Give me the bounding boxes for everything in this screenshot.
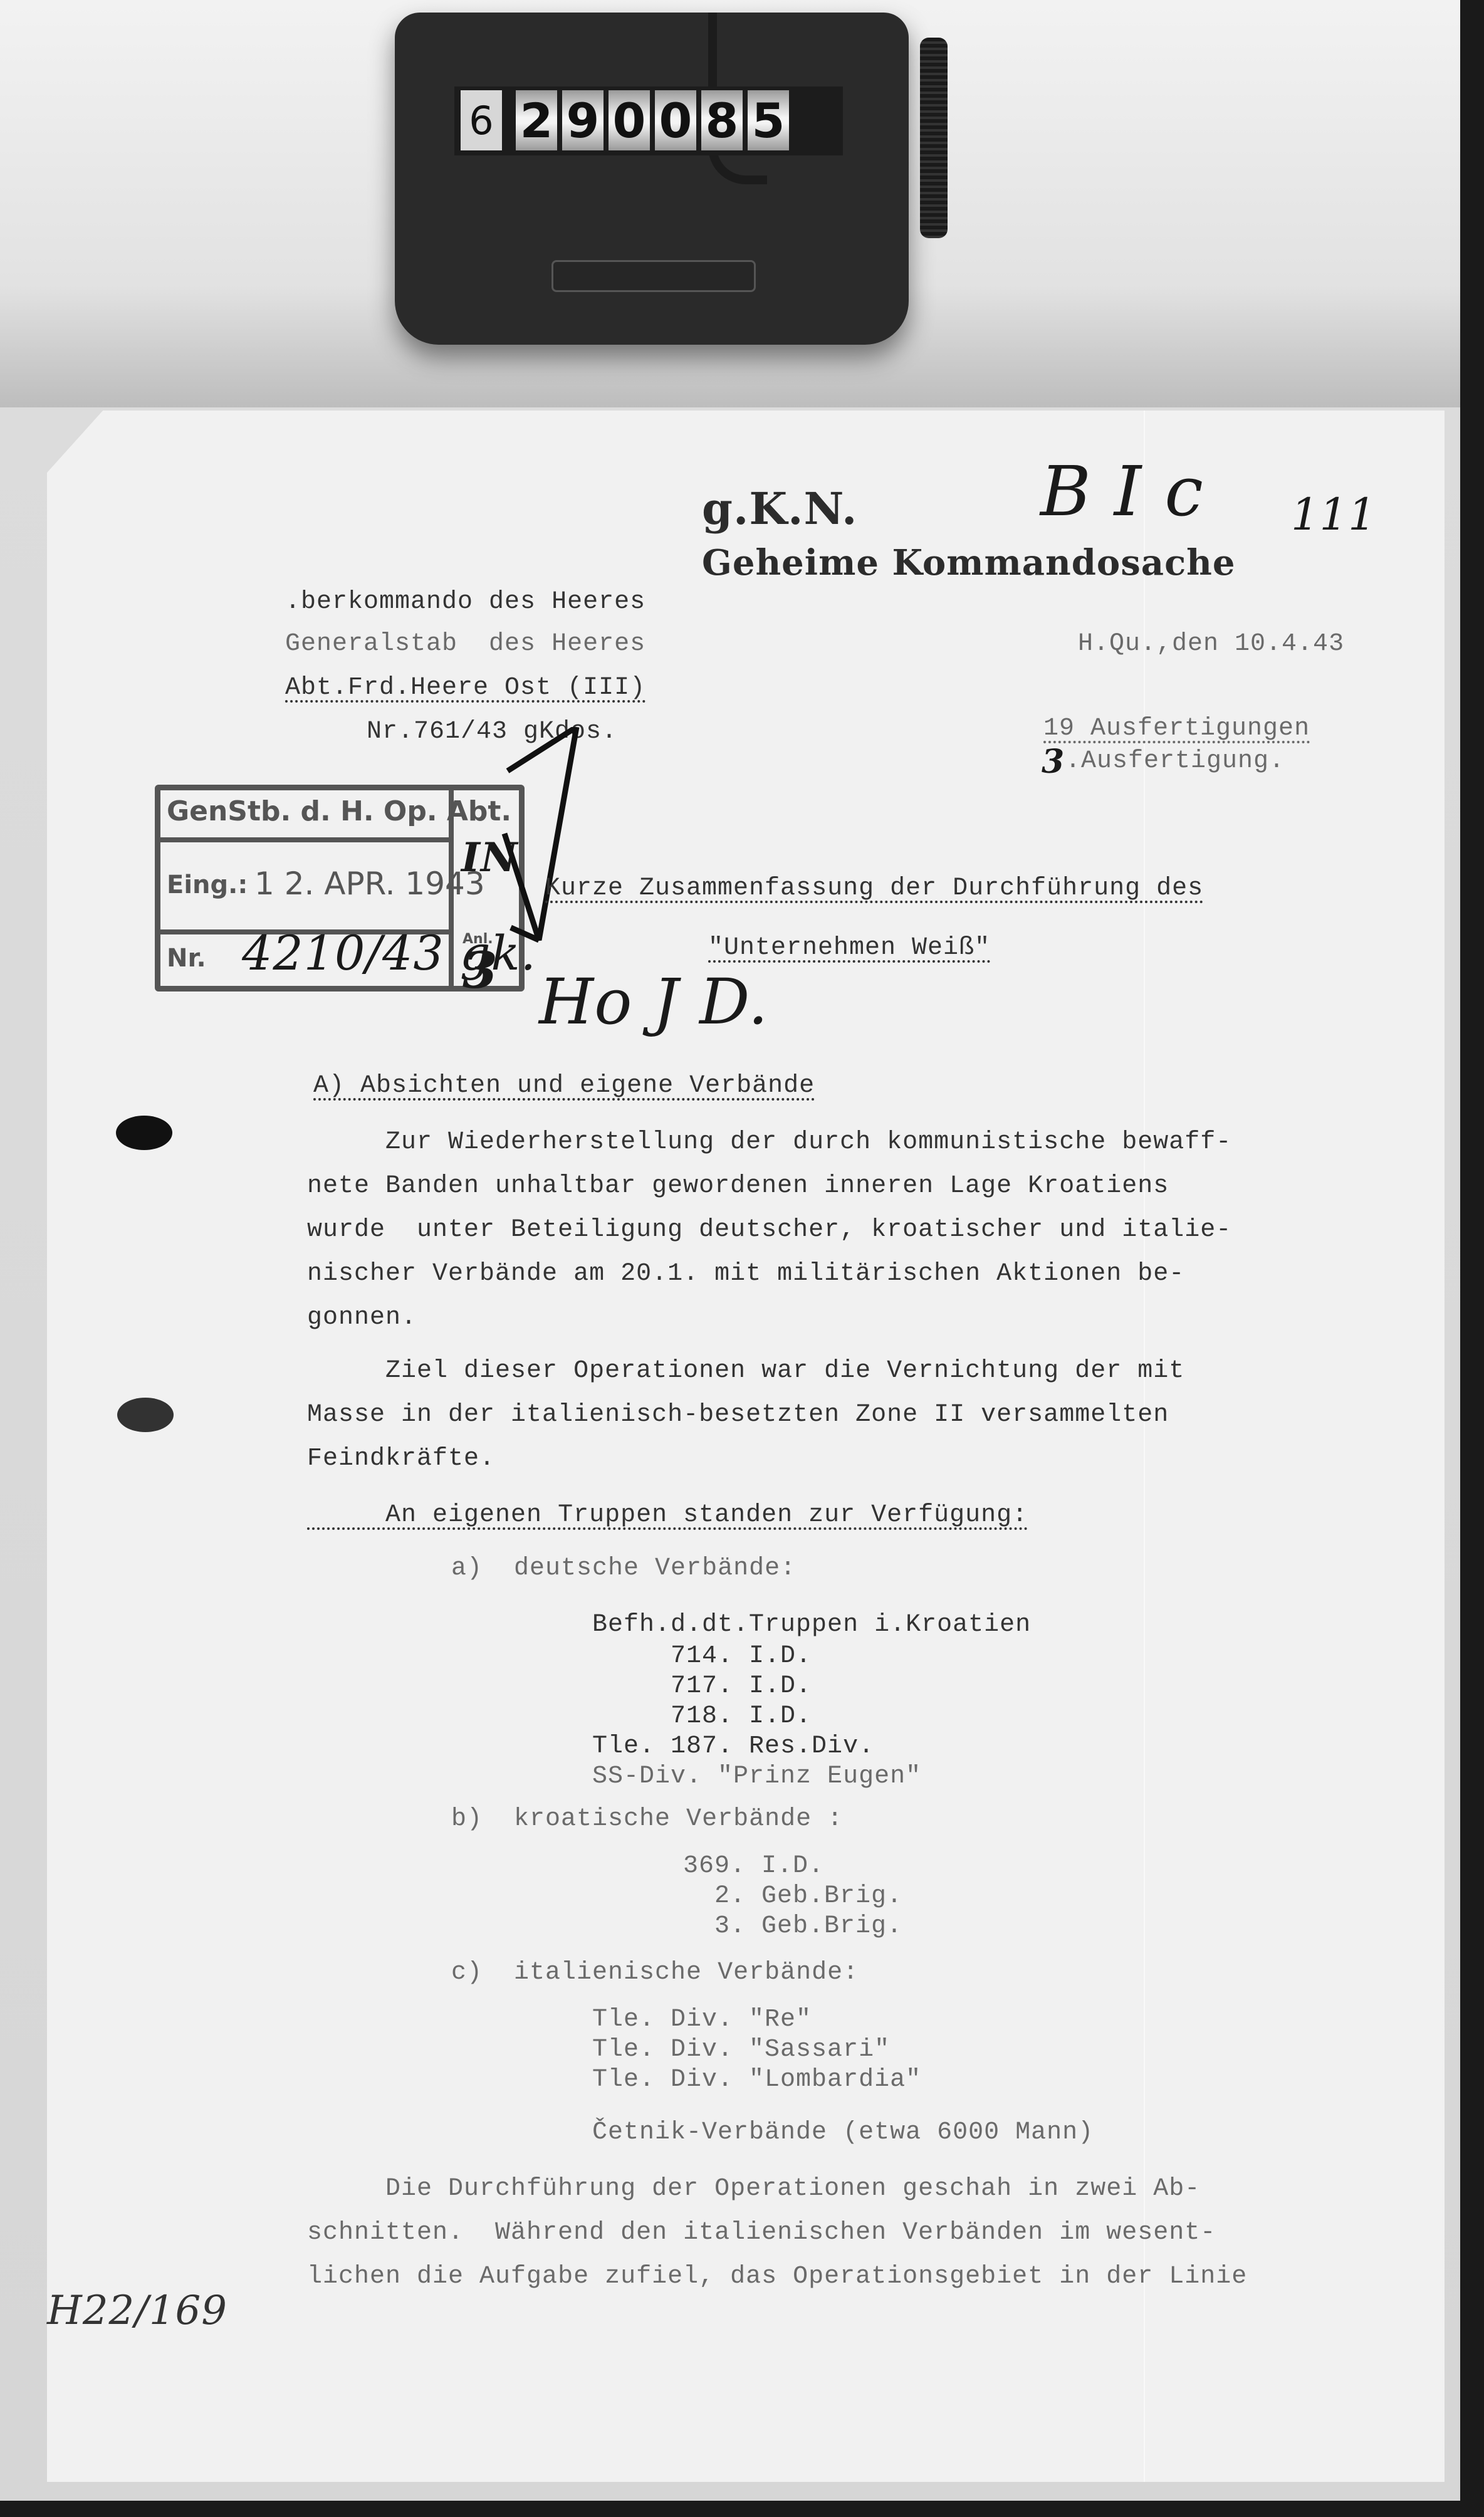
unit-line: 714. I.D. <box>592 1642 812 1670</box>
sender-line: .berkommando des Heeres <box>285 588 645 616</box>
paragraph-line: Feindkräfte. <box>307 1445 495 1473</box>
document-title-line1: Kurze Zusammenfassung der Durchführung d… <box>545 874 1203 903</box>
registry-hand: B I c <box>1040 451 1204 531</box>
paragraph-line: Die Durchführung der Operationen geschah… <box>307 2175 1200 2203</box>
microfilm-frame: 6 2 9 0 0 8 5 g.K.N. B I c 111 Geheime K… <box>0 0 1460 2501</box>
copy-number-hand: 3 <box>1042 743 1065 781</box>
paragraph-line: schnitten. Während den italienischen Ver… <box>307 2219 1216 2247</box>
stamp-initials-hand: Ho J D. <box>539 965 768 1039</box>
counter-digit: 6 <box>461 90 502 150</box>
unit-line: 717. I.D. <box>592 1672 812 1700</box>
sender-line: Abt.Frd.Heere Ost (III) <box>285 674 645 702</box>
counter-digit: 9 <box>562 90 604 150</box>
received-stamp: GenStb. d. H. Op. Abt. Eing.: 1 2. APR. … <box>155 785 525 992</box>
classification-heading: Geheime Kommandosache <box>702 542 1236 583</box>
unit-line: Tle. 187. Res.Div. <box>592 1732 874 1761</box>
punch-hole-icon <box>116 1116 172 1150</box>
unit-line: Befh.d.dt.Truppen i.Kroatien <box>592 1611 1031 1639</box>
cetnik-line: Četnik-Verbände (etwa 6000 Mann) <box>592 2118 1094 2147</box>
registry-number: 111 <box>1291 489 1377 540</box>
document-title-line2: "Unternehmen Weiß" <box>708 934 990 962</box>
unit-line: Tle. Div. "Sassari" <box>592 2036 890 2064</box>
paragraph-line: lichen die Aufgabe zufiel, das Operation… <box>307 2263 1247 2291</box>
registry-mark: g.K.N. <box>702 483 857 535</box>
frame-counter-device: 6 2 9 0 0 8 5 <box>395 13 909 345</box>
copy-number-text: .Ausfertigung. <box>1065 747 1285 775</box>
counter-digit: 5 <box>748 90 789 150</box>
paragraph-line: nete Banden unhaltbar gewordenen inneren… <box>307 1172 1169 1200</box>
unit-line: 718. I.D. <box>592 1702 812 1730</box>
copies-total: 19 Ausfertigungen <box>1043 714 1310 743</box>
stamp-received-date: 1 2. APR. 1943 <box>254 866 485 902</box>
counter-digit: 0 <box>655 90 696 150</box>
stamp-number-label: Nr. <box>167 944 206 973</box>
unit-line: Tle. Div. "Re" <box>592 2006 812 2034</box>
forces-group-label: c) italienische Verbände: <box>451 1959 859 1987</box>
place-date: H.Qu.,den 10.4.43 <box>1078 630 1344 658</box>
punch-hole-icon <box>117 1398 174 1432</box>
unit-line: 3. Geb.Brig. <box>683 1912 902 1940</box>
counter-readout: 6 2 9 0 0 8 5 <box>454 86 843 155</box>
paragraph-line: Ziel dieser Operationen war die Vernicht… <box>307 1357 1184 1385</box>
sender-line: Generalstab des Heeres <box>285 630 645 658</box>
counter-digit: 8 <box>701 90 743 150</box>
stamp-annex-hand: 3 <box>462 941 498 1000</box>
forces-heading: An eigenen Truppen standen zur Verfügung… <box>307 1501 1028 1529</box>
section-a-heading: A) Absichten und eigene Verbände <box>313 1072 815 1100</box>
stamp-office: GenStb. d. H. Op. Abt. <box>167 795 511 827</box>
forces-group-label: a) deutsche Verbände: <box>451 1554 796 1583</box>
counter-digit: 0 <box>609 90 650 150</box>
unit-line: 2. Geb.Brig. <box>683 1882 902 1910</box>
archive-mark: H22/169 <box>47 2288 227 2334</box>
paragraph-line: Masse in der italienisch-besetzten Zone … <box>307 1401 1169 1429</box>
unit-line: SS-Div. "Prinz Eugen" <box>592 1762 921 1791</box>
paragraph-line: nischer Verbände am 20.1. mit militärisc… <box>307 1260 1184 1288</box>
paragraph-line: Zur Wiederherstellung der durch kommunis… <box>307 1128 1231 1156</box>
unit-line: Tle. Div. "Lombardia" <box>592 2066 921 2094</box>
forces-group-label: b) kroatische Verbände : <box>451 1805 843 1833</box>
counter-digit: 2 <box>516 90 557 150</box>
unit-line: 369. I.D. <box>683 1852 824 1880</box>
paragraph-line: wurde unter Beteiligung deutscher, kroat… <box>307 1216 1231 1244</box>
counter-knob-icon <box>920 38 948 238</box>
paragraph-line: gonnen. <box>307 1304 417 1332</box>
counter-plate <box>551 260 756 292</box>
stamp-received-label: Eing.: <box>167 871 248 899</box>
